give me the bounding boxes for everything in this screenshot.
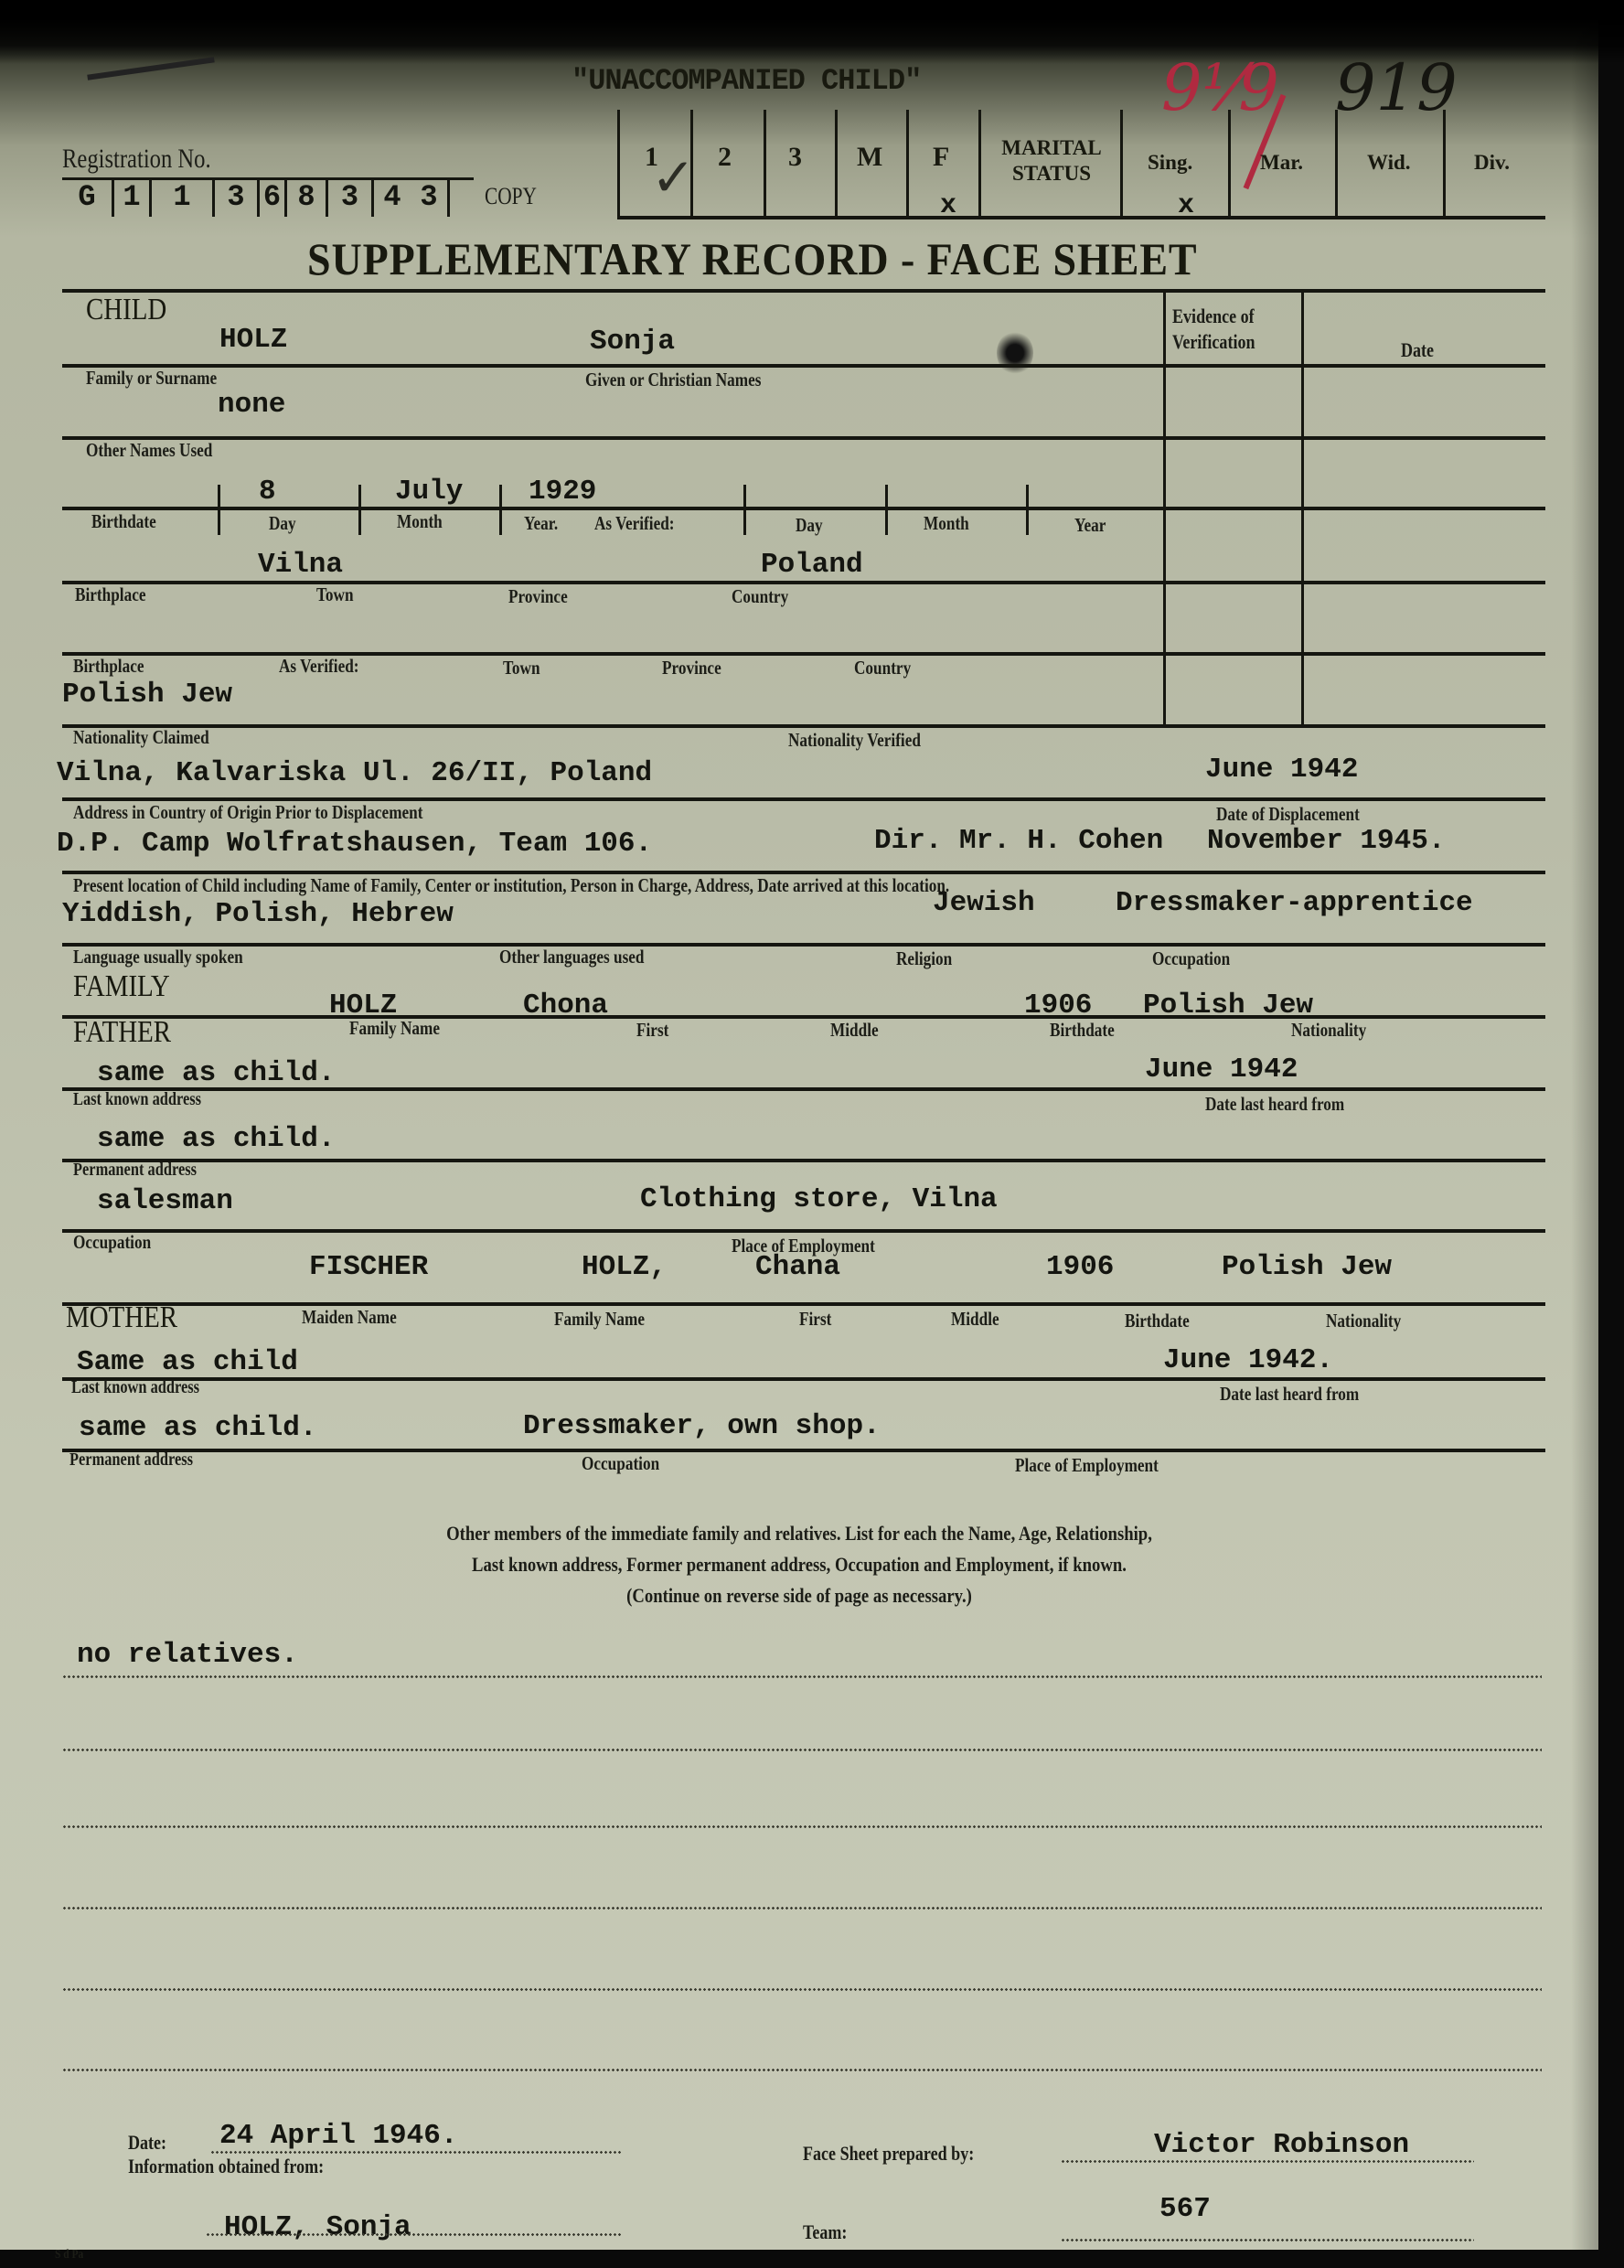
- verified-day-label: Day: [796, 514, 823, 537]
- relatives-line: [62, 1749, 1542, 1751]
- date-divider: [743, 485, 746, 535]
- nationality-verified-label: Nationality Verified: [788, 729, 921, 752]
- father-place-employment: Clothing store, Vilna: [640, 1183, 998, 1215]
- marital-mar-label: Mar.: [1260, 151, 1303, 175]
- religion-value: Jewish: [933, 887, 1035, 919]
- mother-date-last-heard: June 1942.: [1163, 1344, 1333, 1376]
- form-top-rule: [62, 289, 1545, 293]
- col-divider: [617, 110, 620, 218]
- marital-wid-label: Wid.: [1367, 151, 1411, 175]
- registration-digit: 1: [152, 180, 215, 217]
- registration-label: Registration No.: [62, 144, 211, 175]
- row-rule: [62, 1302, 1545, 1306]
- child-given-names: Sonja: [590, 326, 675, 358]
- as-verified-label-2: As Verified:: [279, 655, 359, 678]
- col-divider: [906, 110, 909, 218]
- relatives-line: [62, 1675, 1542, 1678]
- evidence-of-verification-label: Evidence of Verification: [1172, 304, 1292, 355]
- check-col-f-label: F: [933, 142, 949, 173]
- other-names-label: Other Names Used: [86, 439, 212, 462]
- year-label: Year.: [524, 512, 558, 535]
- instruction-line: (Continue on reverse side of page as nec…: [120, 1580, 1479, 1611]
- row-rule: [62, 1449, 1545, 1452]
- present-location-value: D.P. Camp Wolfratshausen, Team 106.: [57, 828, 652, 860]
- address-origin-value: Vilna, Kalvariska Ul. 26/II, Poland: [57, 757, 652, 789]
- relatives-line: [62, 2069, 1542, 2071]
- col-divider: [764, 110, 766, 218]
- father-permanent-label: Permanent address: [73, 1160, 197, 1181]
- mother-occupation: Dressmaker, own shop.: [523, 1410, 881, 1442]
- instruction-line: Last known address, Former permanent add…: [120, 1549, 1479, 1580]
- father-date-last-heard: June 1942: [1145, 1054, 1298, 1086]
- col-divider: [1228, 110, 1231, 218]
- row-rule: [62, 1229, 1545, 1233]
- handwritten-number-red: 9⅟9: [1161, 50, 1279, 125]
- team-label: Team:: [803, 2220, 847, 2244]
- occupation-label: Occupation: [1152, 947, 1230, 970]
- mother-middle-label: Middle: [951, 1308, 999, 1331]
- nationality-claimed-label: Nationality Claimed: [73, 726, 209, 749]
- check-col-2-label: 2: [718, 142, 732, 173]
- father-occupation: salesman: [97, 1185, 233, 1217]
- verified-month-label: Month: [924, 512, 969, 535]
- col-divider: [835, 110, 838, 218]
- row-rule: [62, 724, 1545, 728]
- row-rule: [62, 943, 1545, 947]
- date-arrived-value: November 1945.: [1207, 825, 1445, 857]
- mother-birthdate: 1906: [1046, 1251, 1114, 1283]
- father-first-label: First: [636, 1019, 668, 1042]
- header-rule: [617, 216, 1545, 219]
- present-location-label: Present location of Child including Name…: [73, 874, 949, 897]
- language-usual-label: Language usually spoken: [73, 946, 243, 968]
- date-displacement-label: Date of Displacement: [1216, 803, 1360, 826]
- occupation-value: Dressmaker-apprentice: [1116, 887, 1473, 919]
- col-divider: [1335, 110, 1338, 218]
- footer-date-value: 24 April 1946.: [219, 2120, 457, 2152]
- mother-first-name: Chana: [755, 1251, 840, 1283]
- father-birthdate-label: Birthdate: [1050, 1019, 1115, 1042]
- footer-date-label: Date:: [128, 2131, 166, 2155]
- date-divider: [358, 485, 361, 535]
- ink-blot: [997, 331, 1033, 375]
- country-label: Country: [732, 585, 788, 608]
- info-source-value: HOLZ, Sonja: [224, 2211, 411, 2243]
- date-divider: [885, 485, 888, 535]
- father-last-known-label: Last known address: [73, 1089, 201, 1110]
- info-source-line: [206, 2233, 622, 2236]
- day-label: Day: [269, 512, 296, 535]
- family-section-label: FAMILY: [73, 969, 170, 1004]
- registration-number: G 1 1 3 6 8 3 4 3: [62, 180, 474, 217]
- language-value: Yiddish, Polish, Hebrew: [62, 898, 454, 930]
- verified-country-label: Country: [854, 657, 911, 679]
- language-other-label: Other languages used: [499, 946, 645, 968]
- birthplace-town: Vilna: [258, 549, 343, 581]
- mother-birthdate-label: Birthdate: [1125, 1310, 1190, 1332]
- footer-date-line: [210, 2151, 622, 2154]
- relatives-entry: no relatives.: [77, 1639, 298, 1671]
- row-rule: [62, 507, 1545, 510]
- relatives-line: [62, 1988, 1542, 1991]
- father-occupation-label: Occupation: [73, 1231, 151, 1254]
- handwritten-number-dark: 919: [1335, 50, 1458, 125]
- mother-family-name-label: Family Name: [554, 1308, 645, 1331]
- verification-date-label: Date: [1401, 338, 1434, 362]
- team-value: 567: [1159, 2193, 1211, 2225]
- row-rule: [62, 436, 1545, 440]
- registration-digit: 3: [328, 180, 374, 217]
- col-divider: [978, 110, 981, 218]
- row-rule: [62, 1377, 1545, 1381]
- father-section-label: FATHER: [73, 1015, 171, 1050]
- mother-last-known-label: Last known address: [71, 1377, 199, 1398]
- team-line: [1061, 2239, 1474, 2241]
- mother-maiden-label: Maiden Name: [302, 1306, 397, 1329]
- info-obtained-label: Information obtained from:: [128, 2155, 324, 2178]
- mother-maiden-name: FISCHER: [309, 1251, 428, 1283]
- mother-place-label: Place of Employment: [1015, 1454, 1159, 1477]
- mother-section-label: MOTHER: [66, 1300, 177, 1335]
- father-permanent-address: same as child.: [97, 1123, 335, 1155]
- prepared-by-label: Face Sheet prepared by:: [803, 2142, 974, 2166]
- row-rule: [62, 1087, 1545, 1091]
- mother-occupation-label: Occupation: [582, 1452, 659, 1475]
- mother-nationality: Polish Jew: [1222, 1251, 1392, 1283]
- prepared-by-line: [1061, 2160, 1474, 2163]
- date-divider: [1026, 485, 1029, 535]
- verified-province-label: Province: [662, 657, 721, 679]
- address-origin-label: Address in Country of Origin Prior to Di…: [73, 801, 423, 824]
- printer-mark: S d Pa: [55, 2248, 83, 2263]
- person-in-charge-value: Dir. Mr. H. Cohen: [874, 825, 1163, 857]
- registration-digit: G: [62, 180, 114, 217]
- row-rule: [62, 581, 1545, 584]
- mother-permanent-address: same as child.: [79, 1412, 316, 1444]
- father-middle-label: Middle: [830, 1019, 879, 1042]
- registration-digit: 1: [114, 180, 152, 217]
- father-family-name-label: Family Name: [349, 1017, 440, 1040]
- birthplace-label: Birthplace: [75, 583, 145, 606]
- given-names-label: Given or Christian Names: [585, 369, 761, 391]
- child-surname: HOLZ: [219, 324, 287, 356]
- child-section-label: CHILD: [86, 293, 166, 327]
- col-divider: [1120, 110, 1123, 218]
- instruction-line: Other members of the immediate family an…: [120, 1518, 1479, 1549]
- unaccompanied-child-stamp: "UNACCOMPANIED CHILD": [572, 64, 921, 98]
- mother-last-known-address: Same as child: [77, 1346, 298, 1378]
- birthdate-label: Birthdate: [91, 510, 156, 533]
- relatives-line: [62, 1907, 1542, 1910]
- registration-digit: 3: [411, 180, 450, 217]
- verified-year-label: Year: [1074, 514, 1106, 537]
- mother-date-last-heard-label: Date last heard from: [1220, 1383, 1359, 1406]
- registration-digit: 4: [374, 180, 411, 217]
- father-last-known-address: same as child.: [97, 1057, 335, 1089]
- registration-digit: 6: [260, 180, 287, 217]
- registration-digit: 8: [287, 180, 328, 217]
- date-divider: [499, 485, 502, 535]
- birth-month: July: [395, 476, 463, 508]
- date-divider: [218, 485, 220, 535]
- col-divider: [1443, 110, 1446, 218]
- copy-label: COPY: [485, 183, 537, 210]
- birth-year: 1929: [529, 476, 596, 508]
- birthplace-country: Poland: [761, 549, 863, 581]
- relatives-line: [62, 1825, 1542, 1828]
- mother-family-name: HOLZ,: [582, 1251, 667, 1283]
- check-col-3-label: 3: [788, 142, 802, 173]
- mother-nationality-label: Nationality: [1326, 1310, 1401, 1332]
- religion-label: Religion: [896, 947, 952, 970]
- relatives-instructions: Other members of the immediate family an…: [0, 1518, 1598, 1611]
- check-col-1-mark: ✓: [651, 146, 696, 209]
- registration-digit: 3: [215, 180, 260, 217]
- other-names-value: none: [218, 389, 285, 421]
- row-rule: [62, 1159, 1545, 1162]
- marital-sing-label: Sing.: [1148, 151, 1192, 175]
- marital-div-label: Div.: [1474, 151, 1510, 175]
- date-displacement-value: June 1942: [1205, 754, 1358, 786]
- prepared-by-value: Victor Robinson: [1154, 2129, 1409, 2161]
- mother-first-label: First: [799, 1308, 831, 1331]
- verified-town-label: Town: [503, 657, 540, 679]
- mother-permanent-label: Permanent address: [69, 1450, 193, 1471]
- birth-day: 8: [259, 476, 276, 508]
- as-verified-label: As Verified:: [594, 512, 675, 535]
- check-col-m-label: M: [857, 142, 882, 173]
- province-label: Province: [508, 585, 568, 608]
- town-label: Town: [316, 583, 354, 606]
- birthplace-verified-label: Birthplace: [73, 655, 144, 678]
- father-date-last-heard-label: Date last heard from: [1205, 1093, 1344, 1116]
- row-rule: [62, 364, 1545, 368]
- surname-label: Family or Surname: [86, 367, 217, 390]
- face-sheet-document: "UNACCOMPANIED CHILD" 9⅟9 919 Registrati…: [0, 0, 1598, 2250]
- page-title: SUPPLEMENTARY RECORD - FACE SHEET: [307, 232, 1198, 285]
- nationality-claimed-value: Polish Jew: [62, 679, 232, 711]
- father-nationality-label: Nationality: [1291, 1019, 1366, 1042]
- month-label: Month: [397, 510, 443, 533]
- marital-status-label: MARITAL STATUS: [988, 135, 1116, 187]
